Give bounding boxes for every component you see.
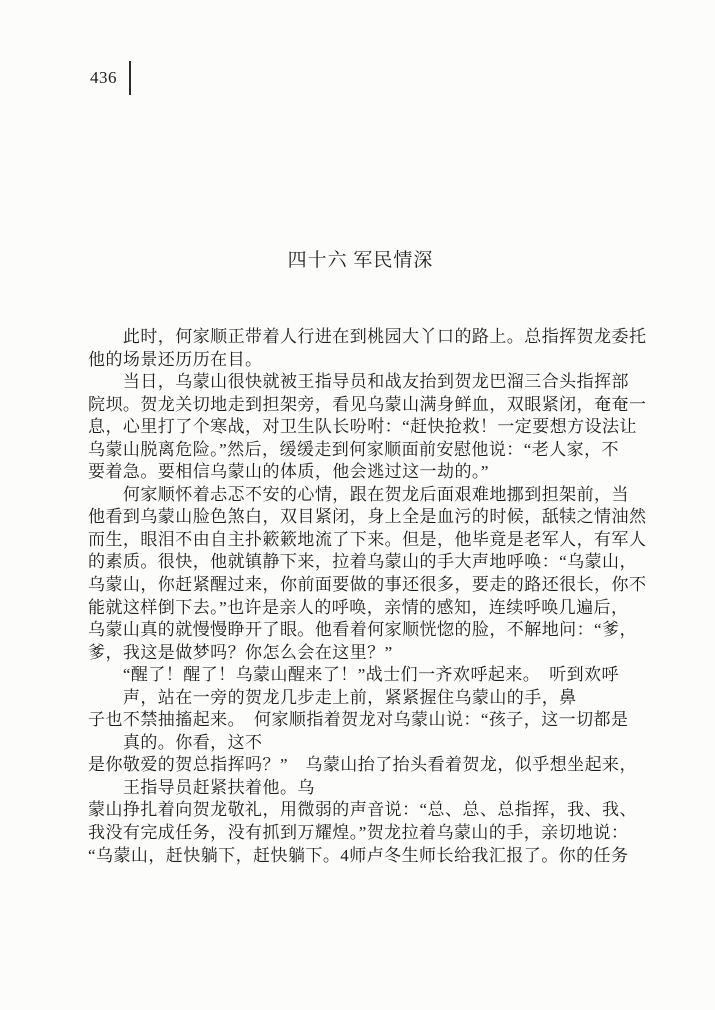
text-line: 王指导员赶紧扶着他。乌 bbox=[88, 777, 636, 800]
text-line: 的素质。很快，他就镇静下来，拉着乌蒙山的手大声地呼唤：“乌蒙山， bbox=[88, 551, 636, 574]
text-line: 蒙山挣扎着向贺龙敬礼，用微弱的声音说：“总、总、总指挥，我、我、 bbox=[88, 799, 636, 822]
text-line: 真的。你看，这不 bbox=[88, 732, 636, 755]
body-text-block: 此时，何家顺正带着人行进在到桃园大丫口的路上。总指挥贺龙委托他的场景还历历在目。… bbox=[88, 326, 636, 867]
text-line: 子也不禁抽搐起来。 何家顺指着贺龙对乌蒙山说：“孩子，这一切都是 bbox=[88, 709, 636, 732]
text-line: 乌蒙山脱离危险。”然后，缓缓走到何家顺面前安慰他说：“老人家，不 bbox=[88, 439, 636, 462]
text-line: 而生，眼泪不由自主扑簌簌地流了下来。但是，他毕竟是老军人，有军人 bbox=[88, 529, 636, 552]
text-line: “醒了！醒了！乌蒙山醒来了！”战士们一齐欢呼起来。 听到欢呼 bbox=[88, 664, 636, 687]
text-line: 当日，乌蒙山很快就被王指导员和战友抬到贺龙巴溜三合头指挥部 bbox=[88, 371, 636, 394]
text-line: 他的场景还历历在目。 bbox=[88, 349, 636, 372]
page-number: 436 bbox=[90, 60, 117, 96]
text-line: 爹，我这是做梦吗？你怎么会在这里？” bbox=[88, 642, 636, 665]
header-divider-rule bbox=[129, 61, 131, 95]
text-line: 能就这样倒下去。”也许是亲人的呼唤，亲情的感知，连续呼唤几遍后， bbox=[88, 597, 636, 620]
chapter-title: 四十六 军民情深 bbox=[88, 245, 633, 272]
text-line: 声，站在一旁的贺龙几步走上前，紧紧握住乌蒙山的手，鼻 bbox=[88, 687, 636, 710]
text-line: 乌蒙山真的就慢慢睁开了眼。他看着何家顺恍惚的脸，不解地问：“爹， bbox=[88, 619, 636, 642]
text-line: 我没有完成任务，没有抓到万耀煌。”贺龙拉着乌蒙山的手，亲切地说： bbox=[88, 822, 636, 845]
text-line: 他看到乌蒙山脸色煞白，双目紧闭，身上全是血污的时候，舐犊之情油然 bbox=[88, 506, 636, 529]
book-page: 436 四十六 军民情深 此时，何家顺正带着人行进在到桃园大丫口的路上。总指挥贺… bbox=[0, 0, 715, 1010]
text-line: 是你敬爱的贺总指挥吗？” 乌蒙山抬了抬头看着贺龙，似乎想坐起来， bbox=[88, 754, 636, 777]
text-line: 何家顺怀着忐忑不安的心情，跟在贺龙后面艰难地挪到担架前，当 bbox=[88, 484, 636, 507]
text-line: 院坝。贺龙关切地走到担架旁，看见乌蒙山满身鲜血，双眼紧闭，奄奄一 bbox=[88, 394, 636, 417]
text-line: 要着急。要相信乌蒙山的体质，他会逃过这一劫的。” bbox=[88, 461, 636, 484]
text-line: 此时，何家顺正带着人行进在到桃园大丫口的路上。总指挥贺龙委托 bbox=[88, 326, 636, 349]
text-line: 乌蒙山，你赶紧醒过来，你前面要做的事还很多，要走的路还很长，你不 bbox=[88, 574, 636, 597]
text-line: “乌蒙山，赶快躺下，赶快躺下。4师卢冬生师长给我汇报了。你的任务 bbox=[88, 845, 636, 868]
page-header: 436 bbox=[90, 60, 131, 96]
text-line: 息，心里打了个寒战，对卫生队长吩咐：“赶快抢救！一定要想方设法让 bbox=[88, 416, 636, 439]
